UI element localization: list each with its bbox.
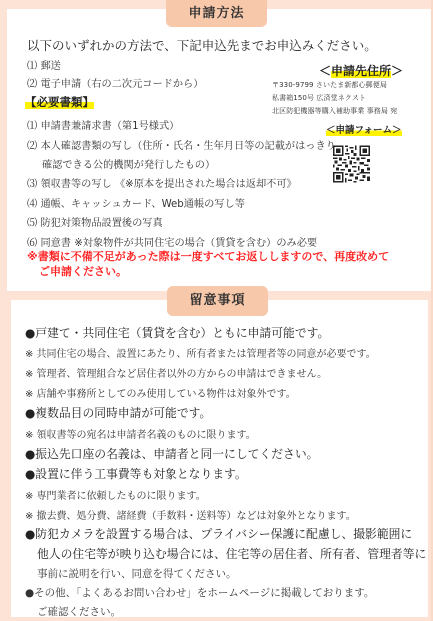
bracket-open: ＜ xyxy=(319,64,331,78)
doc-label: 本人確認書類の写し（住所・氏名・生年月日等の記載がはっきり xyxy=(40,141,335,152)
form-title-text: 申請フォーム xyxy=(336,125,393,136)
application-method-heading: 申請方法 xyxy=(166,0,267,27)
note-bullet-continued: 他人の住宅等が映り込む場合には、住宅等の居住者、所有者、管理者等に xyxy=(37,545,426,562)
doc-item: ⑸ 防犯対策物品設置後の写真 xyxy=(27,214,163,229)
bracket-close: ＞ xyxy=(392,125,402,136)
doc-number: ⑵ xyxy=(27,141,37,152)
qr-code-icon[interactable] xyxy=(333,145,370,183)
note-bullet: ●防犯カメラを設置する場合は、プライバシー保護に配慮し、撮影範囲に xyxy=(25,525,412,542)
bracket-open: ＜ xyxy=(326,125,336,136)
address-line-2: 私書箱150号 広済堂ネクスト xyxy=(272,93,366,103)
doc-label: 申請書兼請求書（第1号様式） xyxy=(40,121,179,132)
method-label: 電子申請（右の二次元コードから） xyxy=(40,79,203,90)
address-title-text: 申請先住所 xyxy=(331,64,391,78)
note-detail: ※ 店舗や事務所としてのみ使用している物件は対象外です。 xyxy=(25,385,296,400)
doc-label: 領収書等の写し 《※原本を提出された場合は返却不可》 xyxy=(40,179,296,190)
method-number: ⑴ xyxy=(27,61,37,72)
address-line-1: 〒330-9799 さいたま新都心郵便局 xyxy=(272,80,387,90)
doc-item: ⑶ 領収書等の写し 《※原本を提出された場合は返却不可》 xyxy=(27,175,297,190)
address-title: ＜申請先住所＞ xyxy=(319,62,403,79)
note-bullet: ●設置に伴う工事費等も対象となります。 xyxy=(25,465,247,482)
note-bullet: ●振込先口座の名義は、申請者と同一にしてください。 xyxy=(25,445,318,462)
note-detail: ※ 管理者、管理組合など居住者以外の方からの申請はできません。 xyxy=(25,365,327,380)
doc-item: ⑷ 通帳、キャッシュカード、Web通帳の写し等 xyxy=(27,195,245,210)
bracket-close: ＞ xyxy=(391,64,403,78)
doc-label: 通帳、キャッシュカード、Web通帳の写し等 xyxy=(40,199,244,210)
doc-label: 防犯対策物品設置後の写真 xyxy=(40,218,162,229)
method-mail: ⑴ 郵送 xyxy=(27,57,61,72)
note-detail: ※ 領収書等の宛名は申請者名義のものに限ります。 xyxy=(25,426,256,441)
doc-item: ⑴ 申請書兼請求書（第1号様式） xyxy=(27,117,179,132)
doc-item: ⑹ 同意書 ※対象物件が共同住宅の場合（賃貸を含む）のみ必要 xyxy=(27,234,317,249)
form-title: ＜申請フォーム＞ xyxy=(326,122,402,136)
method-label: 郵送 xyxy=(40,61,60,72)
method-number: ⑵ xyxy=(27,79,37,90)
required-docs-title-text: 【必要書類】 xyxy=(25,95,94,109)
doc-number: ⑶ xyxy=(27,179,37,190)
address-line-3: 北区防犯機器等購入補助事業 事務局 宛 xyxy=(272,106,397,116)
required-docs-title: 【必要書類】 xyxy=(25,94,94,110)
note-bullet-continued: 事前に説明を行い、同意を得てください。 xyxy=(37,566,237,581)
doc-item: ⑵ 本人確認書類の写し（住所・氏名・生年月日等の記載がはっきり xyxy=(27,137,336,152)
method-electronic: ⑵ 電子申請（右の二次元コードから） xyxy=(27,75,203,90)
warning-line-2: ご申請ください。 xyxy=(39,263,127,279)
note-detail: ※ 撤去費、処分費、諸経費（手数料・送料等）などは対象外となります。 xyxy=(25,507,356,522)
intro-text: 以下のいずれかの方法で、下記申込先までお申込みください。 xyxy=(27,36,377,54)
note-detail: ※ 専門業者に依頼したものに限ります。 xyxy=(25,487,206,502)
warning-line-1: ※書類に不備不足があった際は一度すべてお返ししますので、再度改めて xyxy=(27,248,389,264)
doc-item-continued: 確認できる公的機関が発行したもの） xyxy=(42,156,215,171)
notes-heading: 留意事項 xyxy=(167,286,268,316)
doc-number: ⑴ xyxy=(27,121,37,132)
note-bullet: ●複数品目の同時申請が可能です。 xyxy=(25,404,211,421)
note-detail: ※ 共同住宅の場合、設置にあたり、所有者または管理者等の同意が必要です。 xyxy=(25,345,376,360)
note-bullet-continued: ご確認ください。 xyxy=(37,604,121,619)
note-bullet: ●戸建て・共同住宅（賃貸を含む）ともに申請可能です。 xyxy=(25,324,329,341)
note-bullet: ●その他、「よくあるお問い合わせ」をホームページに掲載しております。 xyxy=(25,585,374,600)
doc-number: ⑸ xyxy=(27,218,37,229)
doc-number: ⑷ xyxy=(27,199,37,210)
